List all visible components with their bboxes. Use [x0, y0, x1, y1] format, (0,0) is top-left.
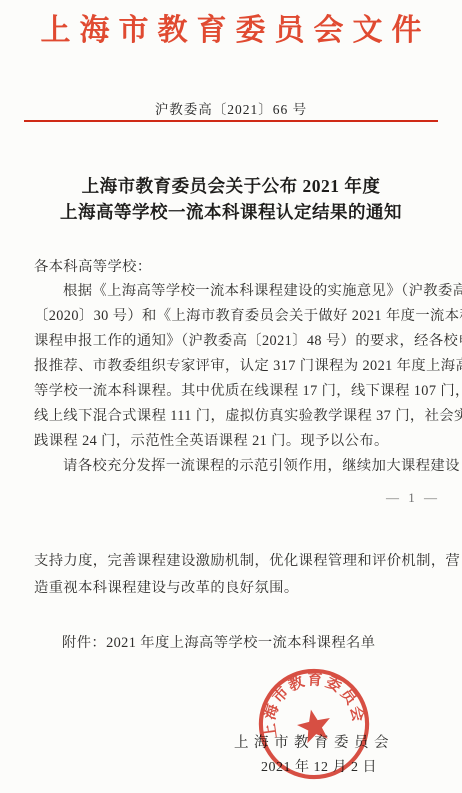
salutation: 各本科高等学校： [34, 256, 152, 276]
document-number: 沪教委高〔2021〕66 号 [0, 98, 462, 118]
body-paragraphs-page1: 根据《上海高等学校一流本科课程建设的实施意见》（沪教委高 〔2020〕30 号）… [34, 281, 432, 481]
body-line: 线上线下混合式课程 111 门，虚拟仿真实验教学课程 37 门，社会实 [34, 406, 432, 431]
body-line: 等学校一流本科课程。其中优质在线课程 17 门，线下课程 107 门， [34, 381, 432, 406]
body-line: 报推荐、市教委组织专家评审，认定 317 门课程为 2021 年度上海高 [34, 356, 432, 381]
page-number: — 1 — [386, 490, 440, 506]
body-line: 〔2020〕30 号）和《上海市教育委员会关于做好 2021 年度一流本科 [34, 306, 432, 331]
agency-header: 上海市教育委员会文件 [0, 5, 462, 49]
body-line: 根据《上海高等学校一流本科课程建设的实施意见》（沪教委高 [34, 281, 432, 306]
body-line: 践课程 24 门，示范性全英语课程 21 门。现予以公布。 [34, 431, 432, 456]
body-paragraphs-page2: 支持力度，完善课程建设激励机制，优化课程管理和评价机制，营 造重视本科课程建设与… [34, 551, 432, 605]
body-line: 请各校充分发挥一流课程的示范引领作用，继续加大课程建设 [34, 456, 432, 481]
notice-title: 上海市教育委员会关于公布 2021 年度 上海高等学校一流本科课程认定结果的通知 [0, 173, 462, 225]
red-divider-line [24, 120, 438, 122]
notice-title-line-2: 上海高等学校一流本科课程认定结果的通知 [0, 199, 462, 225]
document-page: 上海市教育委员会文件 沪教委高〔2021〕66 号 上海市教育委员会关于公布 2… [0, 0, 462, 793]
body-line: 造重视本科课程建设与改革的良好氛围。 [34, 578, 432, 605]
body-line: 课程申报工作的通知》（沪教委高〔2021〕48 号）的要求，经各校申 [34, 331, 432, 356]
signature-agency: 上海市教育委员会 [234, 731, 394, 752]
notice-title-line-1: 上海市教育委员会关于公布 2021 年度 [0, 173, 462, 199]
body-line: 支持力度，完善课程建设激励机制，优化课程管理和评价机制，营 [34, 551, 432, 578]
attachment-line: 附件：2021 年度上海高等学校一流本科课程名单 [62, 632, 375, 652]
issue-date: 2021 年 12 月 2 日 [261, 756, 377, 776]
